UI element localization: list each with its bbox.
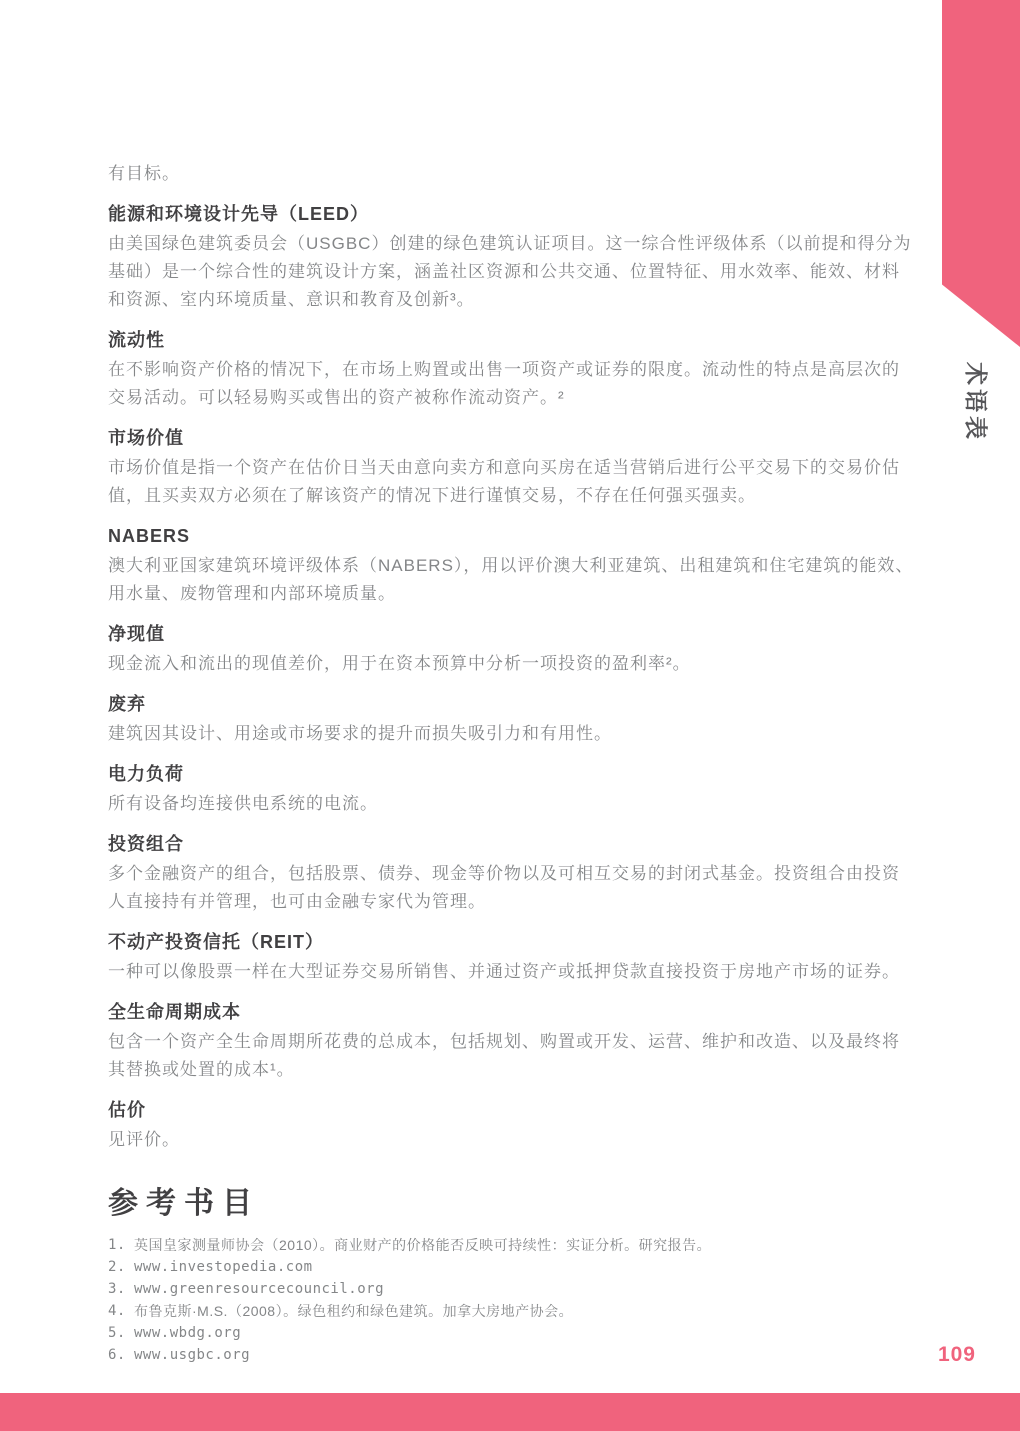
term-definition: 多个金融资产的组合，包括股票、债券、现金等价物以及可相互交易的封闭式基金。投资组… [108, 860, 915, 916]
glossary-entry: 估价 见评价。 [108, 1096, 915, 1154]
term-heading: 流动性 [108, 326, 915, 354]
glossary-entry: NABERS 澳大利亚国家建筑环境评级体系（NABERS），用以评价澳大利亚建筑… [108, 522, 915, 608]
reference-item: 1. 英国皇家测量师协会（2010）。商业财产的价格能否反映可持续性：实证分析。… [108, 1234, 915, 1256]
reference-number: 3. [108, 1278, 134, 1300]
term-definition: 一种可以像股票一样在大型证券交易所销售、并通过资产或抵押贷款直接投资于房地产市场… [108, 958, 915, 986]
term-definition: 现金流入和流出的现值差价，用于在资本预算中分析一项投资的盈利率²。 [108, 650, 915, 678]
glossary-entry: 不动产投资信托（REIT） 一种可以像股票一样在大型证券交易所销售、并通过资产或… [108, 928, 915, 986]
term-heading: 能源和环境设计先导（LEED） [108, 200, 915, 228]
footer-bar [0, 1393, 1020, 1431]
glossary-entry: 全生命周期成本 包含一个资产全生命周期所花费的总成本，包括规划、购置或开发、运营… [108, 998, 915, 1084]
references-title: 参考书目 [108, 1178, 915, 1222]
glossary-entry: 投资组合 多个金融资产的组合，包括股票、债券、现金等价物以及可相互交易的封闭式基… [108, 830, 915, 916]
glossary-side-tab: 术语表 [961, 362, 994, 443]
glossary-entry: 净现值 现金流入和流出的现值差价，用于在资本预算中分析一项投资的盈利率²。 [108, 620, 915, 678]
reference-item: 2. www.investopedia.com [108, 1256, 915, 1278]
reference-item: 5. www.wbdg.org [108, 1322, 915, 1344]
reference-url: www.investopedia.com [134, 1256, 915, 1278]
glossary-entry: 市场价值 市场价值是指一个资产在估价日当天由意向卖方和意向买房在适当营销后进行公… [108, 424, 915, 510]
term-heading: 净现值 [108, 620, 915, 648]
reference-url: www.usgbc.org [134, 1344, 915, 1366]
term-heading: 市场价值 [108, 424, 915, 452]
term-heading: 电力负荷 [108, 760, 915, 788]
reference-url: www.greenresourcecouncil.org [134, 1278, 915, 1300]
corner-ribbon [942, 0, 1020, 347]
page-number: 109 [938, 1343, 976, 1367]
reference-text: 英国皇家测量师协会（2010）。商业财产的价格能否反映可持续性：实证分析。研究报… [134, 1234, 915, 1256]
references-list: 1. 英国皇家测量师协会（2010）。商业财产的价格能否反映可持续性：实证分析。… [108, 1234, 915, 1366]
glossary-entry: 能源和环境设计先导（LEED） 由美国绿色建筑委员会（USGBC）创建的绿色建筑… [108, 200, 915, 314]
term-definition: 澳大利亚国家建筑环境评级体系（NABERS），用以评价澳大利亚建筑、出租建筑和住… [108, 552, 915, 608]
term-definition: 在不影响资产价格的情况下，在市场上购置或出售一项资产或证券的限度。流动性的特点是… [108, 356, 915, 412]
reference-item: 4. 布鲁克斯·M.S.（2008）。绿色租约和绿色建筑。加拿大房地产协会。 [108, 1300, 915, 1322]
term-definition: 建筑因其设计、用途或市场要求的提升而损失吸引力和有用性。 [108, 720, 915, 748]
term-definition: 市场价值是指一个资产在估价日当天由意向卖方和意向买房在适当营销后进行公平交易下的… [108, 454, 915, 510]
term-heading: NABERS [108, 522, 915, 550]
reference-item: 3. www.greenresourcecouncil.org [108, 1278, 915, 1300]
term-heading: 估价 [108, 1096, 915, 1124]
reference-text: 布鲁克斯·M.S.（2008）。绿色租约和绿色建筑。加拿大房地产协会。 [134, 1300, 915, 1322]
glossary-entry: 电力负荷 所有设备均连接供电系统的电流。 [108, 760, 915, 818]
term-heading: 投资组合 [108, 830, 915, 858]
reference-number: 4. [108, 1300, 134, 1322]
reference-url: www.wbdg.org [134, 1322, 915, 1344]
term-definition: 所有设备均连接供电系统的电流。 [108, 790, 915, 818]
term-definition: 包含一个资产全生命周期所花费的总成本，包括规划、购置或开发、运营、维护和改造、以… [108, 1028, 915, 1084]
term-definition: 由美国绿色建筑委员会（USGBC）创建的绿色建筑认证项目。这一综合性评级体系（以… [108, 230, 915, 314]
glossary-entry: 废弃 建筑因其设计、用途或市场要求的提升而损失吸引力和有用性。 [108, 690, 915, 748]
reference-number: 2. [108, 1256, 134, 1278]
reference-number: 5. [108, 1322, 134, 1344]
term-definition: 见评价。 [108, 1126, 915, 1154]
term-heading: 不动产投资信托（REIT） [108, 928, 915, 956]
term-heading: 废弃 [108, 690, 915, 718]
term-heading: 全生命周期成本 [108, 998, 915, 1026]
reference-number: 6. [108, 1344, 134, 1366]
continuation-text: 有目标。 [108, 160, 915, 188]
glossary-entry: 流动性 在不影响资产价格的情况下，在市场上购置或出售一项资产或证券的限度。流动性… [108, 326, 915, 412]
document-page: 术语表 有目标。 能源和环境设计先导（LEED） 由美国绿色建筑委员会（USGB… [0, 0, 1020, 1431]
reference-number: 1. [108, 1234, 134, 1256]
reference-item: 6. www.usgbc.org [108, 1344, 915, 1366]
content-column: 有目标。 能源和环境设计先导（LEED） 由美国绿色建筑委员会（USGBC）创建… [108, 160, 915, 1366]
